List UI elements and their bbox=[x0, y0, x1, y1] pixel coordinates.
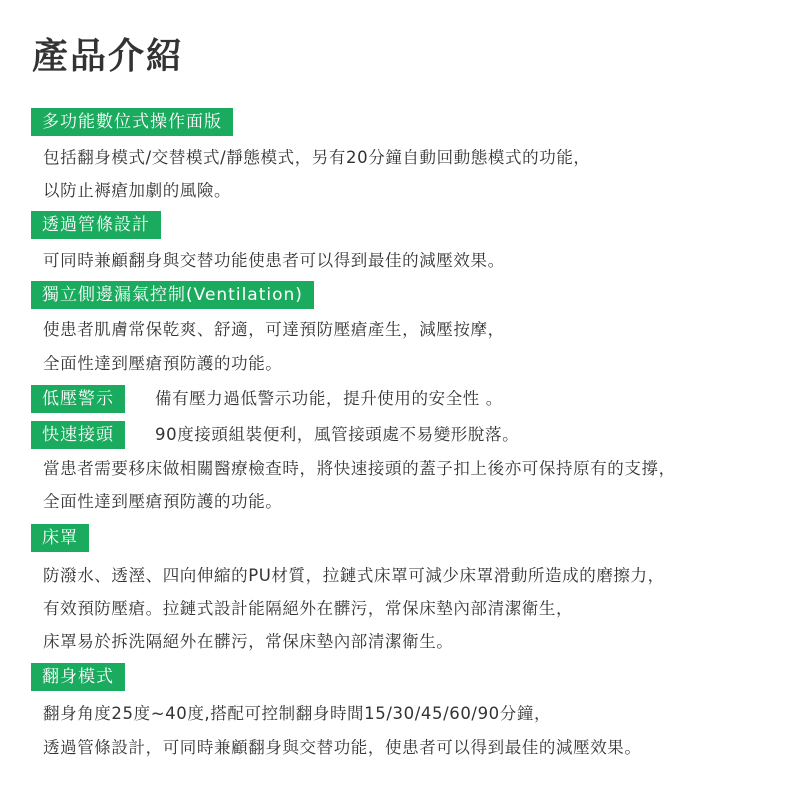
section-text-line: 有效預防壓瘡。拉鏈式設計能隔絕外在髒污，常保床墊內部清潔衛生， bbox=[43, 598, 573, 620]
section-inline-text: 90度接頭組裝便利，風管接頭處不易變形脫落。 bbox=[155, 421, 519, 449]
page-title: 產品介紹 bbox=[32, 28, 184, 79]
section-label-mattress-cover: 床罩 bbox=[31, 524, 89, 552]
section-label-tube-design: 透過管條設計 bbox=[31, 211, 161, 239]
section-label-control-panel: 多功能數位式操作面版 bbox=[31, 108, 233, 136]
section-label-quick-connector: 快速接頭 bbox=[31, 421, 125, 449]
section-inline-text: 備有壓力過低警示功能，提升使用的安全性 。 bbox=[155, 385, 503, 413]
section-text-line: 可同時兼顧翻身與交替功能使患者可以得到最佳的減壓效果。 bbox=[43, 250, 505, 272]
section-text-line: 以防止褥瘡加劇的風險。 bbox=[43, 180, 231, 202]
section-text-line: 包括翻身模式/交替模式/靜態模式，另有20分鐘自動回動態模式的功能， bbox=[43, 147, 591, 169]
section-text-line: 全面性達到壓瘡預防護的功能。 bbox=[43, 491, 282, 513]
section-text-line: 床罩易於拆洗隔絕外在髒污，常保床墊內部清潔衛生。 bbox=[43, 631, 453, 653]
section-text-line: 翻身角度25度~40度,搭配可控制翻身時間15/30/45/60/90分鐘， bbox=[43, 703, 551, 725]
section-text-line: 全面性達到壓瘡預防護的功能。 bbox=[43, 353, 282, 375]
section-label-low-pressure-alarm: 低壓警示 bbox=[31, 385, 125, 413]
section-text-line: 防潑水、透溼、四向伸縮的PU材質，拉鏈式床罩可減少床罩滑動所造成的磨擦力， bbox=[43, 565, 665, 587]
section-text-line: 透過管條設計，可同時兼顧翻身與交替功能，使患者可以得到最佳的減壓效果。 bbox=[43, 737, 642, 759]
section-text-line: 使患者肌膚常保乾爽、舒適，可達預防壓瘡產生，減壓按摩， bbox=[43, 319, 505, 341]
section-label-turning-mode: 翻身模式 bbox=[31, 663, 125, 691]
section-label-ventilation: 獨立側邊漏氣控制(Ventilation) bbox=[31, 281, 314, 309]
section-text-line: 當患者需要移床做相關醫療檢查時，將快速接頭的蓋子扣上後亦可保持原有的支撐， bbox=[43, 458, 676, 480]
